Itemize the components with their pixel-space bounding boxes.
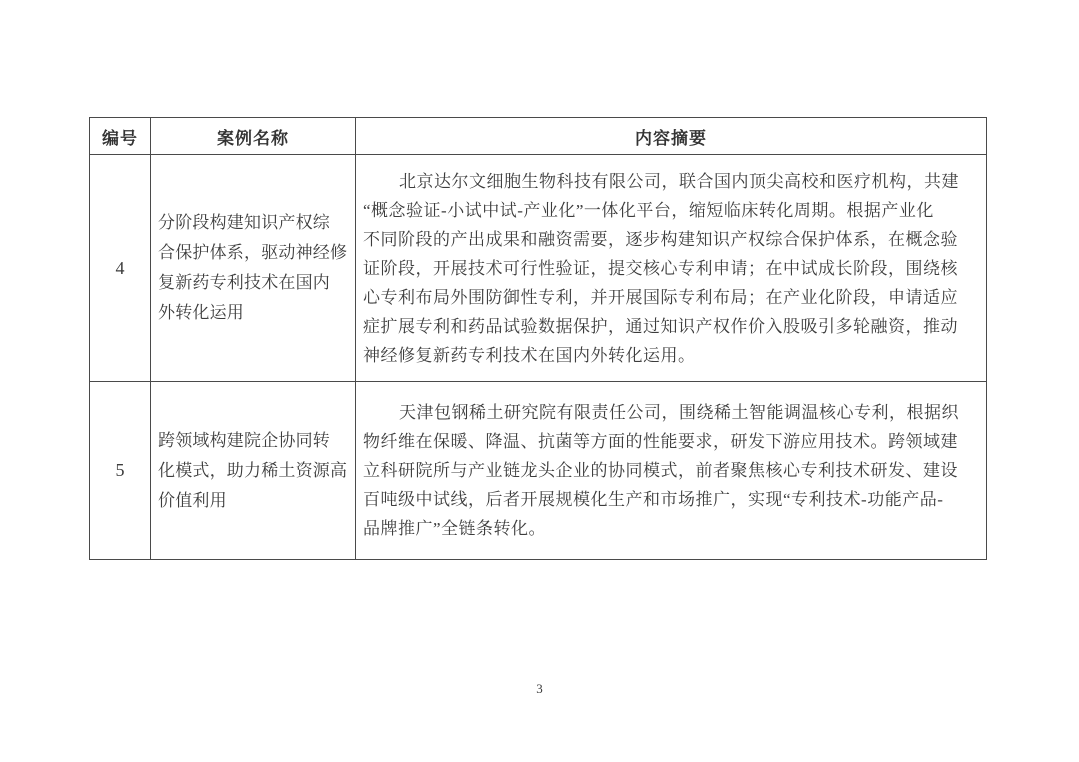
col-header-summary: 内容摘要: [356, 118, 986, 155]
document-page: 编号 案例名称 内容摘要 4 分阶段构建知识产权综 合保护体系，驱动神经修 复新…: [0, 0, 1079, 762]
case-4-number-cell: 4: [90, 155, 151, 382]
case-number: 4: [116, 258, 125, 279]
col-header-number: 编号: [90, 118, 151, 155]
case-5-summary-cell: 天津包钢稀土研究院有限责任公司，围绕稀土智能调温核心专利，根据织 物纤维在保暖、…: [356, 382, 986, 559]
page-number: 3: [0, 681, 1079, 697]
case-5-name-cell: 跨领域构建院企协同转 化模式，助力稀土资源高 价值利用: [151, 382, 356, 559]
case-4-summary-cell: 北京达尔文细胞生物科技有限公司，联合国内顶尖高校和医疗机构，共建 “概念验证-小…: [356, 155, 986, 382]
case-5-number-cell: 5: [90, 382, 151, 559]
case-number: 5: [116, 460, 125, 481]
case-4-name-cell: 分阶段构建知识产权综 合保护体系，驱动神经修 复新药专利技术在国内 外转化运用: [151, 155, 356, 382]
cases-table: 编号 案例名称 内容摘要 4 分阶段构建知识产权综 合保护体系，驱动神经修 复新…: [89, 117, 987, 560]
case-name: 跨领域构建院企协同转 化模式，助力稀土资源高 价值利用: [158, 426, 347, 516]
case-summary: 北京达尔文细胞生物科技有限公司，联合国内顶尖高校和医疗机构，共建 “概念验证-小…: [363, 167, 959, 370]
case-name: 分阶段构建知识产权综 合保护体系，驱动神经修 复新药专利技术在国内 外转化运用: [158, 208, 347, 328]
case-summary: 天津包钢稀土研究院有限责任公司，围绕稀土智能调温核心专利，根据织 物纤维在保暖、…: [363, 398, 959, 543]
col-header-case-name: 案例名称: [151, 118, 356, 155]
